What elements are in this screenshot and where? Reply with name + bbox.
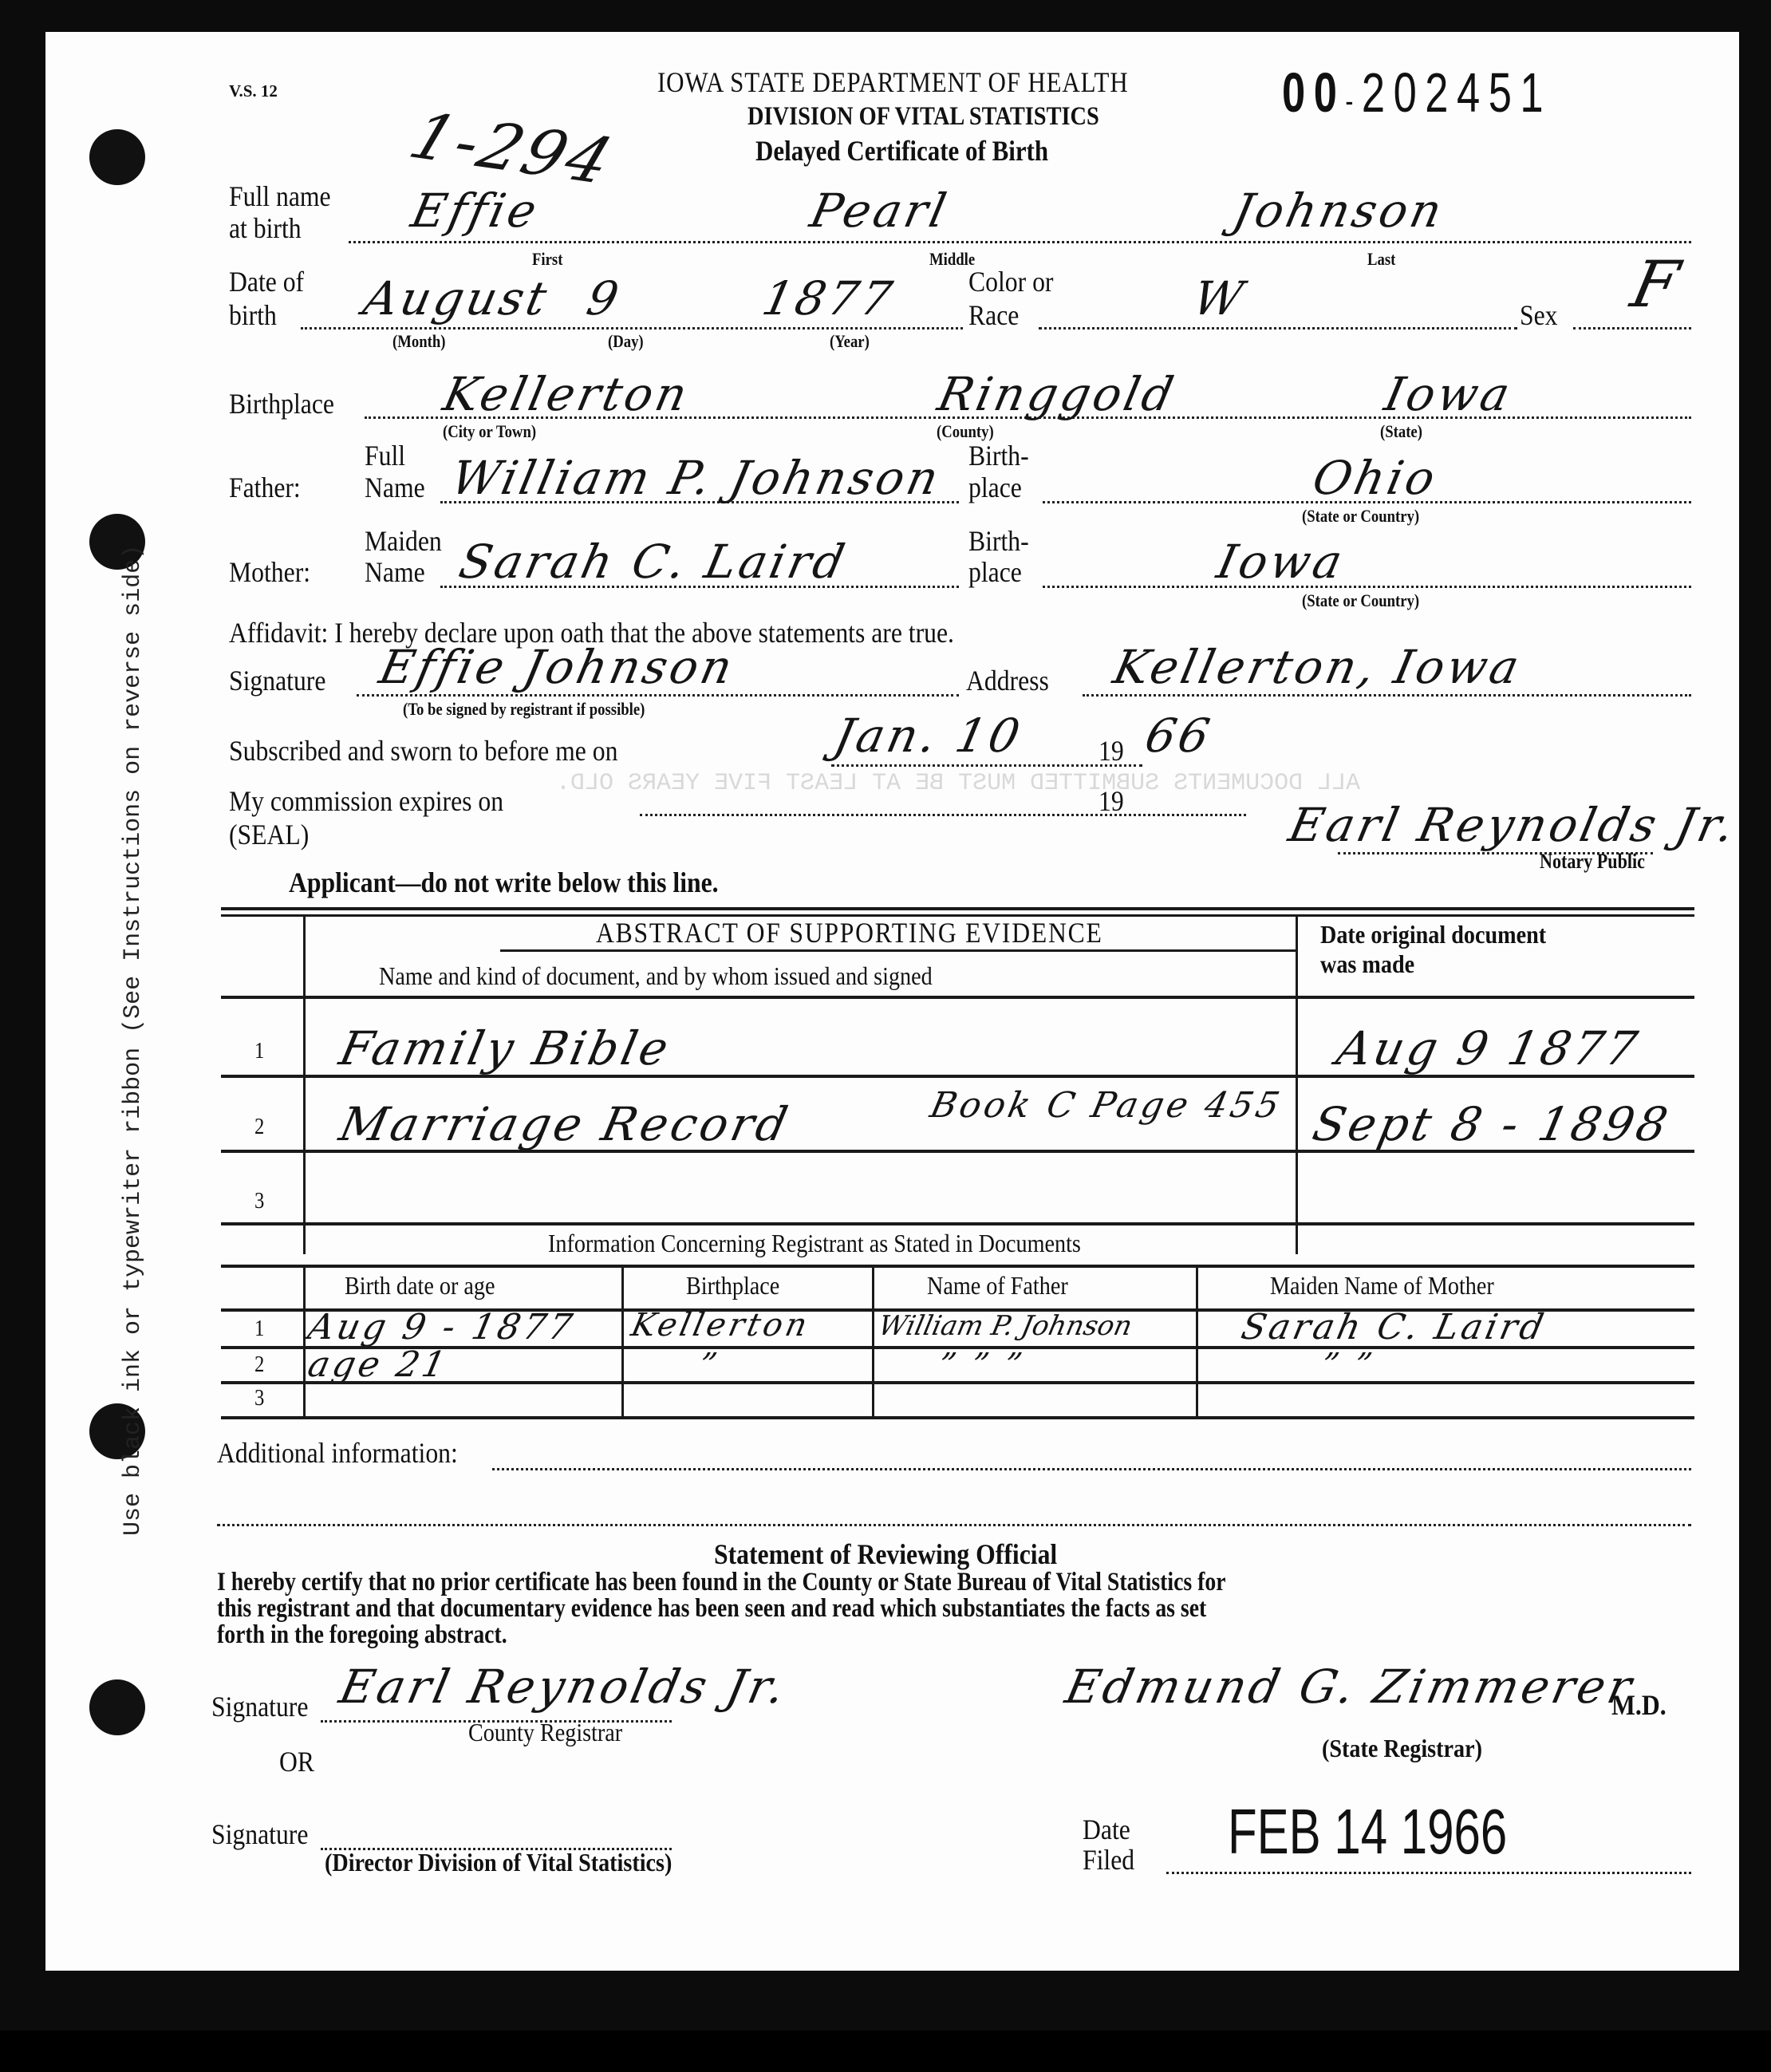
race-label-2: Race <box>968 298 1019 332</box>
form-number: V.S. 12 <box>229 81 278 101</box>
month-label: (Month) <box>392 331 445 352</box>
mother-birthplace-value: Iowa <box>1213 535 1351 589</box>
father-birth-label: Birth- <box>968 439 1029 472</box>
bleed-through-text: ALL DOCUMENTS SUBMITTED MUST BE AT LEAST… <box>556 770 1360 797</box>
info-row-birth: age 21 <box>305 1344 452 1385</box>
date-column-header: Date original document <box>1320 920 1546 949</box>
review-text-line: forth in the foregoing abstract. <box>217 1620 507 1650</box>
info-row-number: 1 <box>254 1316 264 1342</box>
first-name-value: Effie <box>407 184 545 238</box>
mother-name-value: Sarah C. Laird <box>455 535 853 589</box>
dob-year-value: 1877 <box>758 271 900 326</box>
birth-label: birth <box>229 298 277 332</box>
birth-city-value: Kellerton <box>439 367 695 421</box>
mother-state-country-label: (State or Country) <box>1302 590 1419 611</box>
city-label: (City or Town) <box>443 421 536 442</box>
info-row-line <box>221 1381 1694 1384</box>
additional-info-label: Additional information: <box>217 1436 458 1470</box>
father-state-country-label: (State or Country) <box>1302 506 1419 527</box>
md-label: M.D. <box>1611 1688 1666 1722</box>
sworn-year-value: 66 <box>1141 708 1217 763</box>
race-label: Color or <box>968 265 1053 298</box>
certificate-title: Delayed Certificate of Birth <box>755 134 1048 168</box>
address-value: Kellerton, Iowa <box>1109 640 1527 694</box>
filed-label: Filed <box>1083 1843 1134 1877</box>
county-registrar-label: County Registrar <box>468 1718 622 1747</box>
info-col-header: Birthplace <box>686 1271 779 1300</box>
abstract-row-document: Marriage Record <box>335 1097 795 1151</box>
abstract-row-document: Family Bible <box>335 1021 676 1075</box>
address-label: Address <box>966 664 1049 697</box>
signature-note: (To be signed by registrant if possible) <box>403 699 645 720</box>
info-row-birthplace: ” <box>696 1347 723 1383</box>
mother-label: Mother: <box>229 555 310 589</box>
seal-label: (SEAL) <box>229 818 309 851</box>
father-name-label: Name <box>365 471 425 504</box>
info-col-header: Maiden Name of Mother <box>1270 1271 1494 1300</box>
info-col-header: Birth date or age <box>345 1271 495 1300</box>
abstract-row-line <box>221 1222 1694 1225</box>
abstract-header-bottom <box>221 996 1694 999</box>
registrant-signature: Effie Johnson <box>375 640 740 694</box>
date-filed-stamp: FEB 14 1966 <box>1228 1795 1507 1869</box>
info-table-title: Information Concerning Registrant as Sta… <box>548 1229 1081 1258</box>
mother-place-label: place <box>968 555 1022 589</box>
review-text-line: this registrant and that documentary evi… <box>217 1594 1206 1624</box>
full-name-label: Full name <box>229 180 331 213</box>
state-registrar-label: (State Registrar) <box>1322 1734 1482 1763</box>
address-line <box>1083 694 1691 697</box>
day-label: (Day) <box>608 331 644 352</box>
notary-signature: Earl Reynolds Jr. <box>1284 798 1742 852</box>
info-row-line <box>221 1416 1694 1419</box>
father-place-label: place <box>968 471 1022 504</box>
cert-number: 202451 <box>1362 61 1552 124</box>
year-label: (Year) <box>830 331 870 352</box>
date-column-header-2: was made <box>1320 949 1414 979</box>
signature-line <box>357 694 959 697</box>
abstract-row-number: 2 <box>254 1115 264 1140</box>
director-signature-label: Signature <box>211 1817 308 1851</box>
abstract-row-number: 3 <box>254 1189 264 1214</box>
review-text-line: I hereby certify that no prior certifica… <box>217 1568 1226 1597</box>
additional-info-line-2 <box>217 1524 1691 1526</box>
info-table-top <box>221 1265 1694 1268</box>
cert-dash: - <box>1345 84 1361 119</box>
father-birthplace-value: Ohio <box>1308 451 1443 505</box>
cert-prefix: 00 <box>1282 61 1345 124</box>
abstract-row-extra: Book C Page 455 <box>927 1085 1286 1126</box>
birth-state-value: Iowa <box>1380 367 1518 421</box>
abstract-col-divider <box>1296 914 1298 1254</box>
mother-birthplace-line <box>1043 586 1691 588</box>
additional-info-line <box>492 1468 1691 1470</box>
abstract-row-date: Aug 9 1877 <box>1332 1021 1645 1075</box>
division-title: DIVISION OF VITAL STATISTICS <box>747 102 1099 132</box>
mother-birth-label: Birth- <box>968 524 1029 558</box>
commission-label: My commission expires on <box>229 784 503 818</box>
last-name-value: Johnson <box>1229 184 1450 238</box>
dob-label: Date of <box>229 265 304 298</box>
date-filed-line <box>1166 1872 1691 1874</box>
certificate-number: 00-202451 <box>1282 61 1552 124</box>
commission-year-prefix: 19 <box>1098 784 1124 818</box>
table-top-line <box>221 907 1694 910</box>
info-col-divider <box>872 1265 874 1418</box>
state-label: (State) <box>1380 421 1422 442</box>
notary-label: Notary Public <box>1540 850 1645 874</box>
info-row-birthplace: Kellerton <box>628 1307 814 1344</box>
mother-maiden-label: Maiden <box>365 524 442 558</box>
date-label: Date <box>1083 1813 1130 1846</box>
info-row-number: 2 <box>254 1352 264 1378</box>
state-registrar-signature: Edmund G. Zimmerer <box>1061 1660 1639 1714</box>
father-name-value: William P. Johnson <box>447 451 946 505</box>
sworn-year-prefix: 19 <box>1098 734 1124 768</box>
sworn-date-value: Jan. 10 <box>830 708 1027 763</box>
abstract-row-line <box>221 1150 1694 1153</box>
certificate-page: ALL DOCUMENTS SUBMITTED MUST BE AT LEAST… <box>45 32 1739 1971</box>
race-line <box>1039 327 1517 330</box>
abstract-title-underline <box>500 949 1298 952</box>
review-title: Statement of Reviewing Official <box>714 1537 1057 1571</box>
sex-label: Sex <box>1520 298 1558 332</box>
father-full-label: Full <box>365 439 405 472</box>
last-label: Last <box>1367 249 1395 270</box>
county-signature-label: Signature <box>211 1690 308 1723</box>
abstract-col-divider <box>303 914 306 1254</box>
sex-value: F <box>1625 247 1688 322</box>
dob-line <box>301 327 963 330</box>
signature-label: Signature <box>229 664 325 697</box>
dob-day-value: 9 <box>582 271 626 326</box>
abstract-row-date: Sept 8 - 1898 <box>1308 1097 1675 1151</box>
sworn-label: Subscribed and sworn to before me on <box>229 734 617 768</box>
abstract-row-number: 1 <box>254 1039 264 1064</box>
sex-line <box>1573 327 1691 330</box>
dob-month-value: August <box>359 271 554 326</box>
first-label: First <box>532 249 562 270</box>
info-col-header: Name of Father <box>927 1271 1068 1300</box>
mother-name-label: Name <box>365 555 425 589</box>
punch-hole <box>89 129 145 185</box>
applicant-note: Applicant—do not write below this line. <box>289 866 719 899</box>
birth-county-value: Ringgold <box>933 367 1181 421</box>
or-label: OR <box>279 1745 314 1778</box>
sworn-date-line <box>831 764 1142 767</box>
info-row-mother: ” ” <box>1318 1347 1378 1383</box>
punch-hole <box>89 1679 145 1735</box>
birthplace-label: Birthplace <box>229 387 334 420</box>
info-row-father: ” ” ” <box>935 1347 1028 1383</box>
abstract-row-line <box>221 1075 1694 1078</box>
middle-name-value: Pearl <box>806 184 954 238</box>
commission-line <box>640 814 1246 816</box>
name-line <box>349 241 1691 243</box>
scan-border <box>0 2031 1771 2072</box>
doc-column-header: Name and kind of document, and by whom i… <box>379 961 933 991</box>
at-birth-label: at birth <box>229 211 302 245</box>
info-col-divider <box>621 1265 624 1418</box>
abstract-title: ABSTRACT OF SUPPORTING EVIDENCE <box>596 916 1103 949</box>
info-col-divider <box>1196 1265 1198 1418</box>
county-registrar-signature: Earl Reynolds Jr. <box>335 1660 793 1714</box>
side-instruction-note: Use black ink or typewriter ribbon (See … <box>120 545 147 1536</box>
father-label: Father: <box>229 471 301 504</box>
director-label: (Director Division of Vital Statistics) <box>325 1848 672 1877</box>
info-row-mother: Sarah C. Laird <box>1238 1307 1551 1348</box>
info-row-father: William P. Johnson <box>876 1310 1135 1342</box>
info-row-birth: Aug 9 - 1877 <box>305 1307 579 1348</box>
race-value: W <box>1189 271 1251 326</box>
department-title: IOWA STATE DEPARTMENT OF HEALTH <box>657 65 1129 99</box>
info-row-number: 3 <box>254 1386 264 1411</box>
